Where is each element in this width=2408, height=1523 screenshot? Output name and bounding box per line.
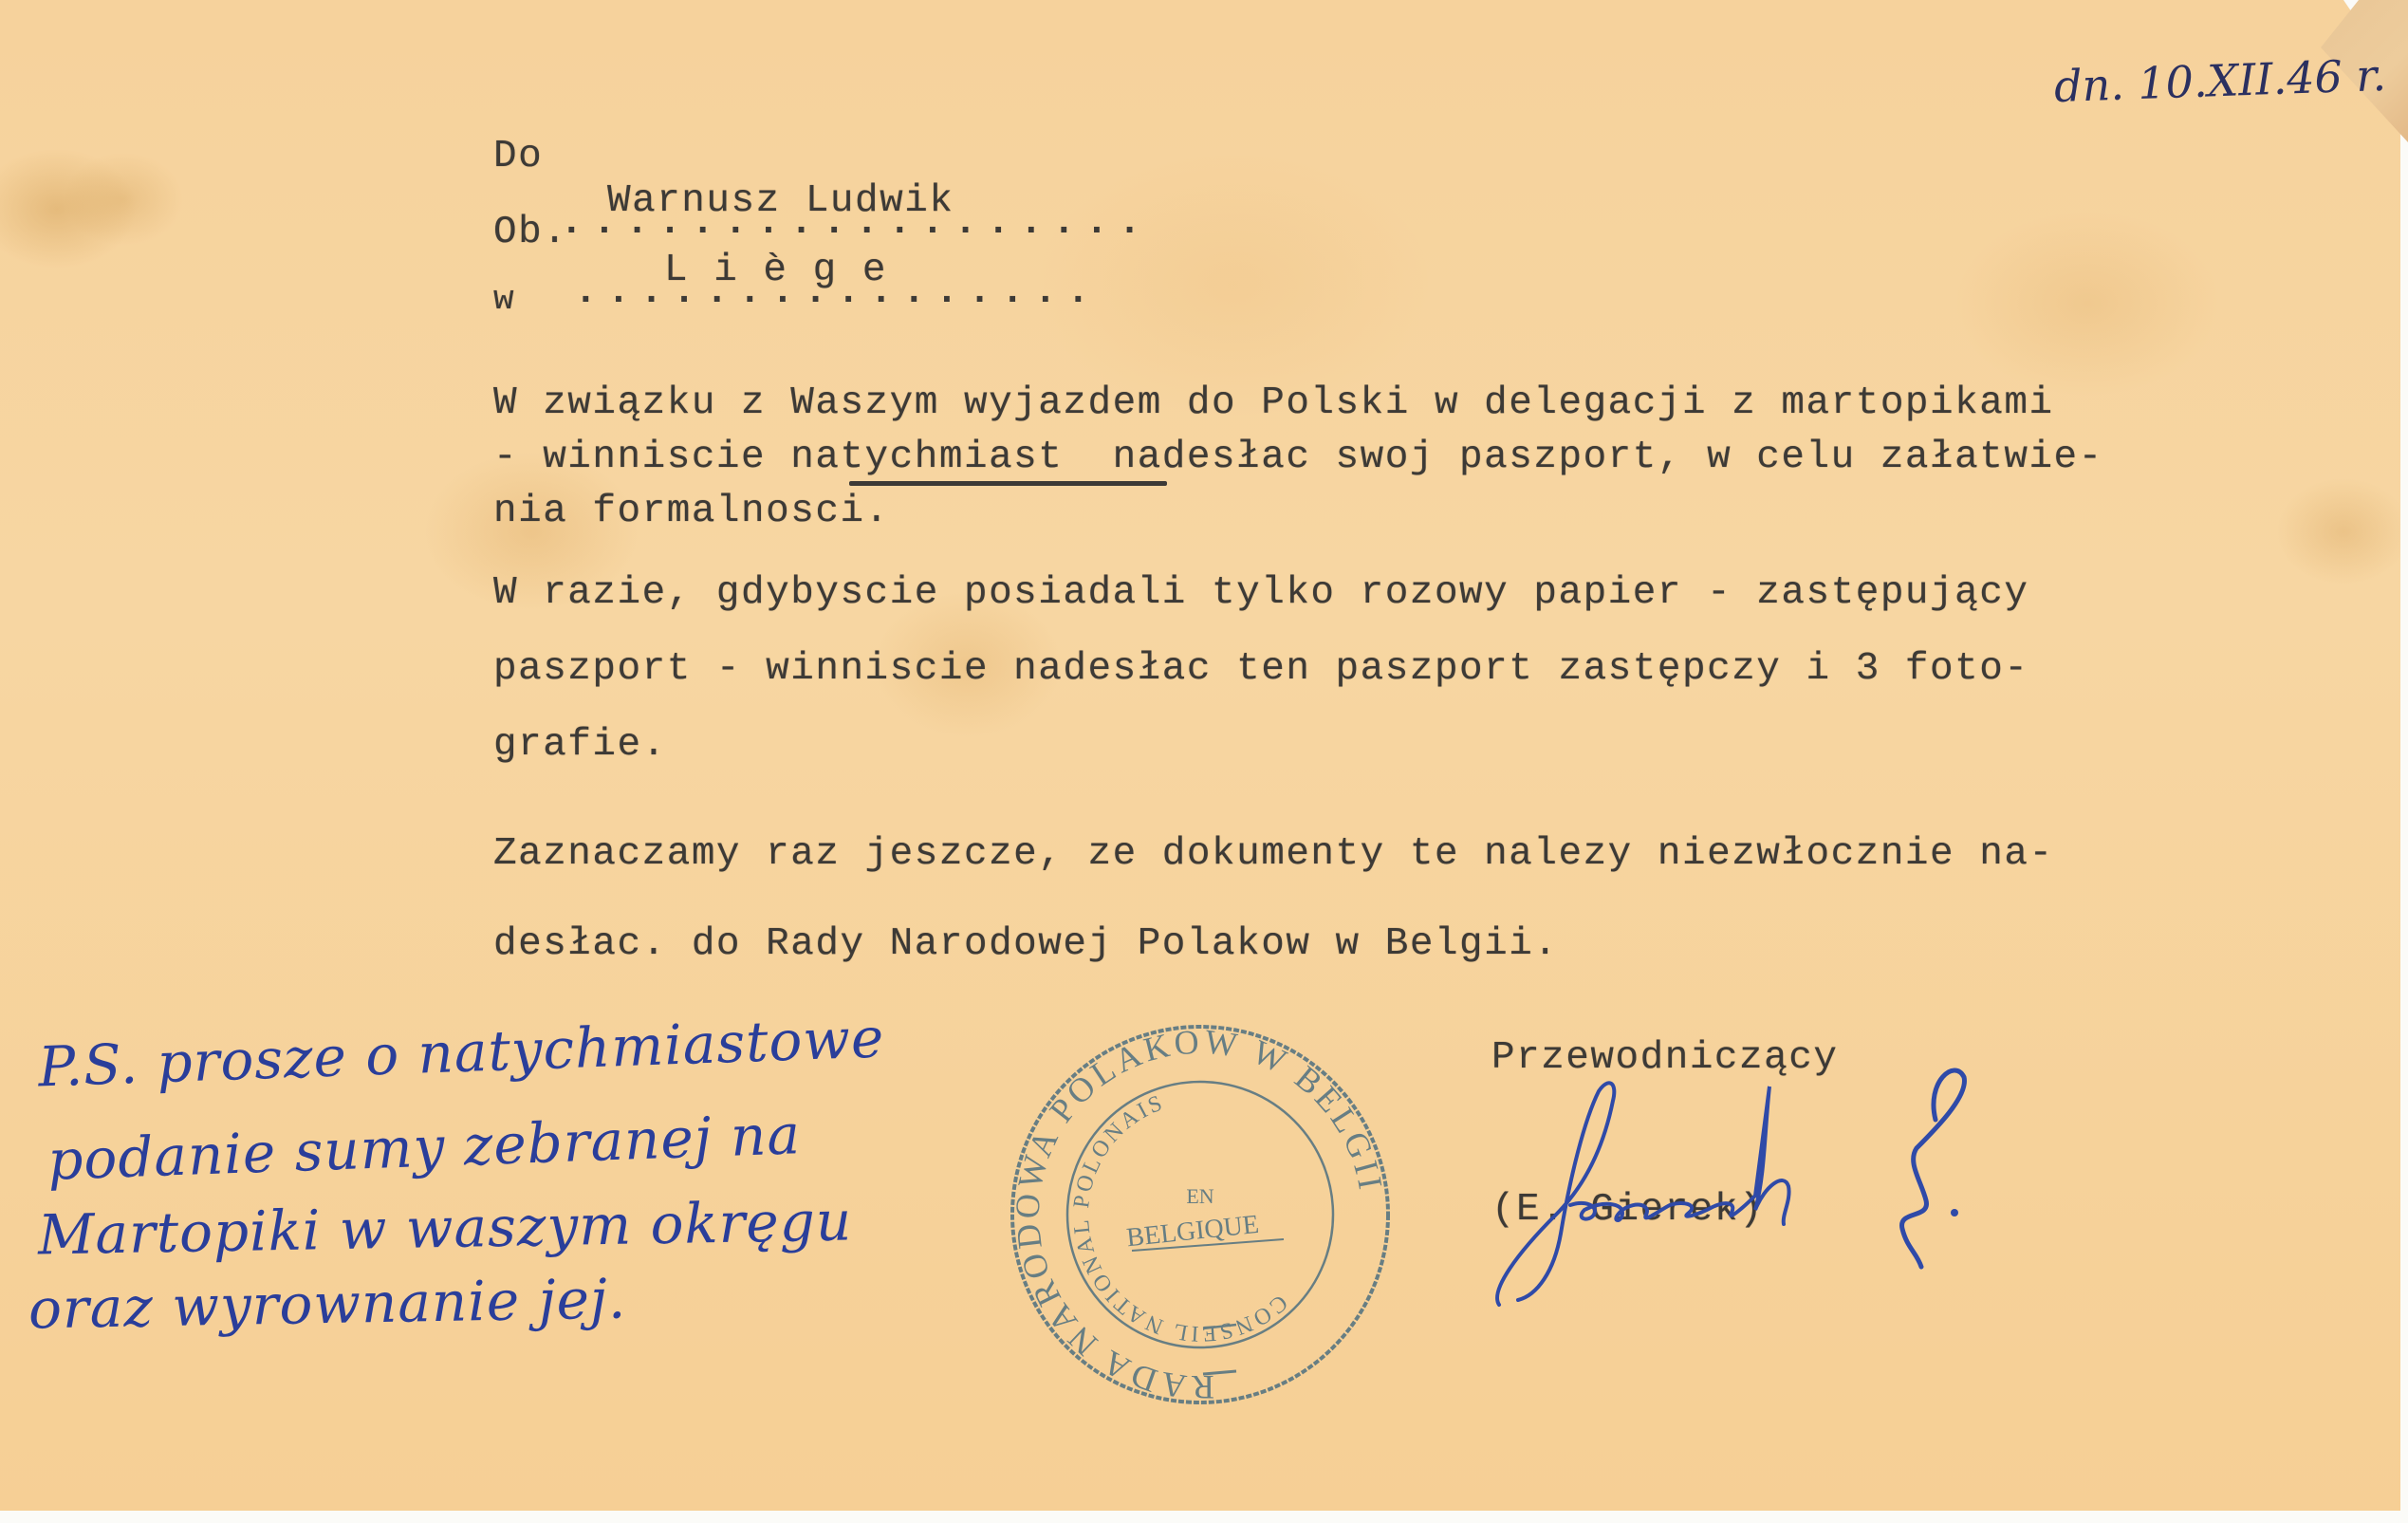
postscript-line4: oraz wyrownanie jej. <box>28 1272 627 1337</box>
stamp-center-top: EN <box>1186 1184 1213 1208</box>
handwritten-signature-icon <box>1480 1044 2239 1347</box>
postscript-line3: Martopiki w waszym okręgu <box>38 1194 853 1263</box>
body-p1-line2: - winniscie natychmiast nadesłac swoj pa… <box>493 438 2103 477</box>
body-p1-line3: nia formalnosci. <box>493 492 890 531</box>
address-in-label: w <box>493 283 515 317</box>
address-ob-label: Ob. <box>493 214 567 252</box>
body-p3-line1: Zaznaczamy raz jeszcze, ze dokumenty te … <box>493 835 2054 874</box>
handwritten-date: dn. 10.XII.46 r. <box>2053 53 2386 108</box>
official-stamp: RADA NARODOWA POLAKOW W BELGII CONSEIL N… <box>1009 1023 1392 1406</box>
body-p1-line1: W związku z Waszym wyjazdem do Polski w … <box>493 384 2054 423</box>
address-to-label: Do <box>493 138 543 176</box>
emphasis-underline <box>849 481 1167 486</box>
body-p3-line2: desłac. do Rady Narodowej Polakow w Belg… <box>493 925 1558 964</box>
recipient-name: Warnusz Ludwik <box>607 182 954 221</box>
stamp-seal-icon: RADA NARODOWA POLAKOW W BELGII CONSEIL N… <box>1009 1023 1392 1406</box>
body-p2-line3: grafie. <box>493 726 667 765</box>
body-p2-line2: paszport - winniscie nadesłac ten paszpo… <box>493 650 2028 689</box>
body-p2-line1: W razie, gdybyscie posiadali tylko rozow… <box>493 574 2028 613</box>
recipient-city: L i è g e <box>664 251 887 290</box>
